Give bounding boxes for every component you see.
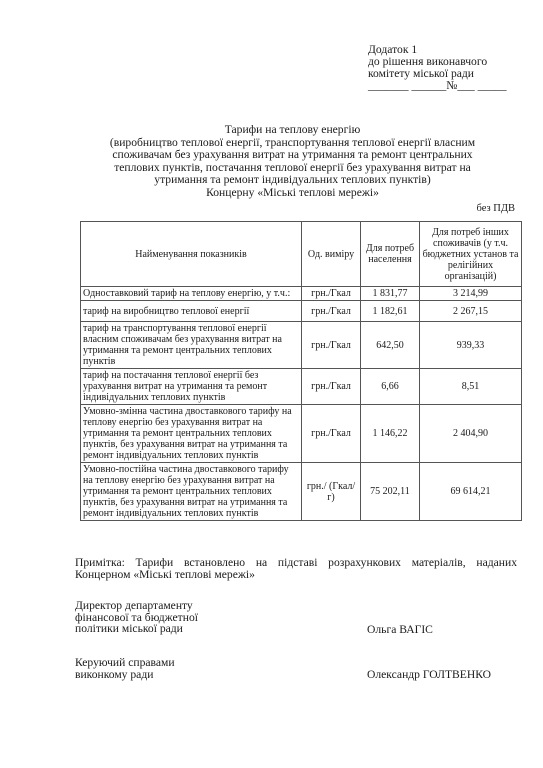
row-others-value: 939,33 bbox=[420, 322, 522, 369]
row-name: Одноставковий тариф на теплову енергію, … bbox=[81, 287, 302, 301]
row-name: тариф на виробництво теплової енергії bbox=[81, 301, 302, 322]
position-line: Керуючий справами bbox=[75, 657, 175, 669]
table-row: тариф на виробництво теплової енергії гр… bbox=[81, 301, 522, 322]
document-title: Тарифи на теплову енергію (виробництво т… bbox=[60, 124, 525, 200]
table-header-row: Найменування показників Од. виміру Для п… bbox=[81, 222, 522, 287]
row-others-value: 2 404,90 bbox=[420, 405, 522, 463]
appendix-line: _______ ______№___ _____ bbox=[368, 80, 507, 92]
row-unit: грн./Гкал bbox=[302, 369, 361, 405]
table-row: Одноставковий тариф на теплову енергію, … bbox=[81, 287, 522, 301]
header-unit: Од. виміру bbox=[302, 222, 361, 287]
table-row: Умовно-постійна частина двоставкового та… bbox=[81, 463, 522, 521]
row-population-value: 1 831,77 bbox=[361, 287, 420, 301]
title-line: Концерну «Міські теплові мережі» bbox=[60, 187, 525, 200]
row-others-value: 69 614,21 bbox=[420, 463, 522, 521]
row-unit: грн./Гкал bbox=[302, 322, 361, 369]
signature-position-director: Директор департаменту фінансової та бюдж… bbox=[75, 600, 198, 635]
row-name: тариф на транспортування теплової енергі… bbox=[81, 322, 302, 369]
row-population-value: 1 146,22 bbox=[361, 405, 420, 463]
row-others-value: 2 267,15 bbox=[420, 301, 522, 322]
table-row: Умовно-змінна частина двоставкового тари… bbox=[81, 405, 522, 463]
row-unit: грн./Гкал bbox=[302, 287, 361, 301]
row-name: Умовно-постійна частина двоставкового та… bbox=[81, 463, 302, 521]
row-population-value: 6,66 bbox=[361, 369, 420, 405]
signature-name-director: Ольга ВАГІС bbox=[367, 624, 433, 636]
table-row: тариф на постачання теплової енергії без… bbox=[81, 369, 522, 405]
row-population-value: 1 182,61 bbox=[361, 301, 420, 322]
table-row: тариф на транспортування теплової енергі… bbox=[81, 322, 522, 369]
signature-name-manager: Олександр ГОЛТВЕНКО bbox=[367, 669, 491, 681]
row-others-value: 3 214,99 bbox=[420, 287, 522, 301]
tariffs-table: Найменування показників Од. виміру Для п… bbox=[80, 221, 522, 521]
position-line: політики міської ради bbox=[75, 623, 198, 635]
row-unit: грн./Гкал bbox=[302, 301, 361, 322]
position-line: виконкому ради bbox=[75, 669, 175, 681]
title-line: Тарифи на теплову енергію bbox=[60, 124, 525, 137]
row-population-value: 75 202,11 bbox=[361, 463, 420, 521]
vat-note: без ПДВ bbox=[476, 203, 515, 214]
row-unit: грн./ (Гкал/г) bbox=[302, 463, 361, 521]
row-name: Умовно-змінна частина двоставкового тари… bbox=[81, 405, 302, 463]
position-line: Директор департаменту bbox=[75, 600, 198, 612]
header-other-consumers: Для потреб інших споживачів (у т.ч. бюдж… bbox=[420, 222, 522, 287]
signature-position-manager: Керуючий справами виконкому ради bbox=[75, 657, 175, 680]
header-population: Для потреб населення bbox=[361, 222, 420, 287]
appendix-header: Додаток 1 до рішення виконавчого комітет… bbox=[368, 44, 507, 92]
note-paragraph: Примітка: Тарифи встановлено на підставі… bbox=[75, 557, 517, 581]
row-population-value: 642,50 bbox=[361, 322, 420, 369]
row-others-value: 8,51 bbox=[420, 369, 522, 405]
row-name: тариф на постачання теплової енергії без… bbox=[81, 369, 302, 405]
title-line: споживачам без урахування витрат на утри… bbox=[60, 149, 525, 162]
row-unit: грн./Гкал bbox=[302, 405, 361, 463]
header-indicator-name: Найменування показників bbox=[81, 222, 302, 287]
